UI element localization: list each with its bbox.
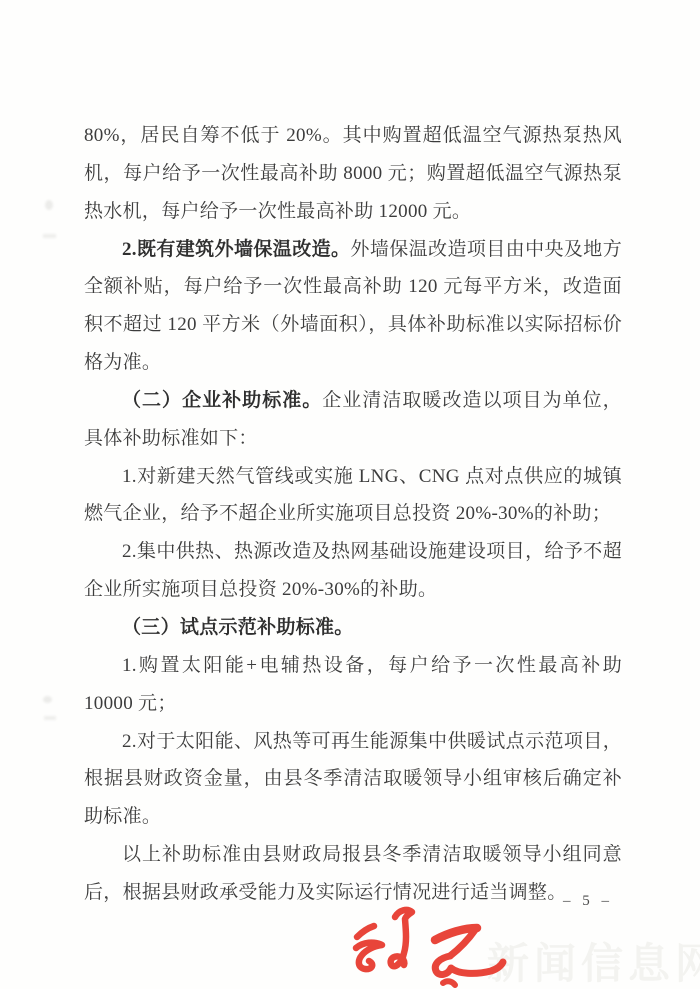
paragraph: 2.既有建筑外墙保温改造。外墙保温改造项目由中央及地方全额补贴，每户给予一次性最… bbox=[84, 231, 622, 382]
scan-artifact bbox=[44, 716, 56, 720]
document-page: 新闻信息网 80%，居民自筹不低于 20%。其中购置超低温空气源热泵热风机，每户… bbox=[0, 0, 700, 989]
paragraph-text: 2.集中供热、热源改造及热网基础设施建设项目，给予不超企业所实施项目总投资 20… bbox=[84, 541, 622, 600]
paragraph-heading-text: （二）企业补助标准。 bbox=[122, 390, 322, 411]
paragraph: 80%，居民自筹不低于 20%。其中购置超低温空气源热泵热风机，每户给予一次性最… bbox=[84, 117, 622, 231]
paragraph: （二）企业补助标准。企业清洁取暖改造以项目为单位，具体补助标准如下： bbox=[84, 382, 622, 458]
document-body: 80%，居民自筹不低于 20%。其中购置超低温空气源热泵热风机，每户给予一次性最… bbox=[84, 117, 622, 912]
scan-artifact bbox=[43, 696, 52, 703]
paragraph-text: 80%，居民自筹不低于 20%。其中购置超低温空气源热泵热风机，每户给予一次性最… bbox=[84, 125, 622, 222]
paragraph: 1.购置太阳能+电辅热设备，每户给予一次性最高补助 10000 元； bbox=[84, 647, 622, 723]
paragraph: （三）试点示范补助标准。 bbox=[84, 609, 622, 647]
paragraph-text: 1.对新建天然气管线或实施 LNG、CNG 点对点供应的城镇燃气企业，给予不超企… bbox=[84, 466, 622, 525]
scan-artifact bbox=[45, 200, 53, 210]
paragraph-heading-text: 2.既有建筑外墙保温改造。 bbox=[122, 239, 350, 260]
page-number: – 5 – bbox=[563, 893, 613, 910]
red-calligraphy-signature-icon bbox=[335, 895, 535, 989]
paragraph: 1.对新建天然气管线或实施 LNG、CNG 点对点供应的城镇燃气企业，给予不超企… bbox=[84, 458, 622, 534]
paragraph: 2.对于太阳能、风热等可再生能源集中供暖试点示范项目，根据县财政资金量，由县冬季… bbox=[84, 723, 622, 837]
paragraph-heading-text: （三）试点示范补助标准。 bbox=[122, 617, 354, 638]
paragraph-text: 1.购置太阳能+电辅热设备，每户给予一次性最高补助 10000 元； bbox=[84, 655, 622, 714]
scan-artifact bbox=[43, 234, 56, 238]
paragraph-text: 2.对于太阳能、风热等可再生能源集中供暖试点示范项目，根据县财政资金量，由县冬季… bbox=[84, 731, 622, 828]
paragraph: 2.集中供热、热源改造及热网基础设施建设项目，给予不超企业所实施项目总投资 20… bbox=[84, 533, 622, 609]
